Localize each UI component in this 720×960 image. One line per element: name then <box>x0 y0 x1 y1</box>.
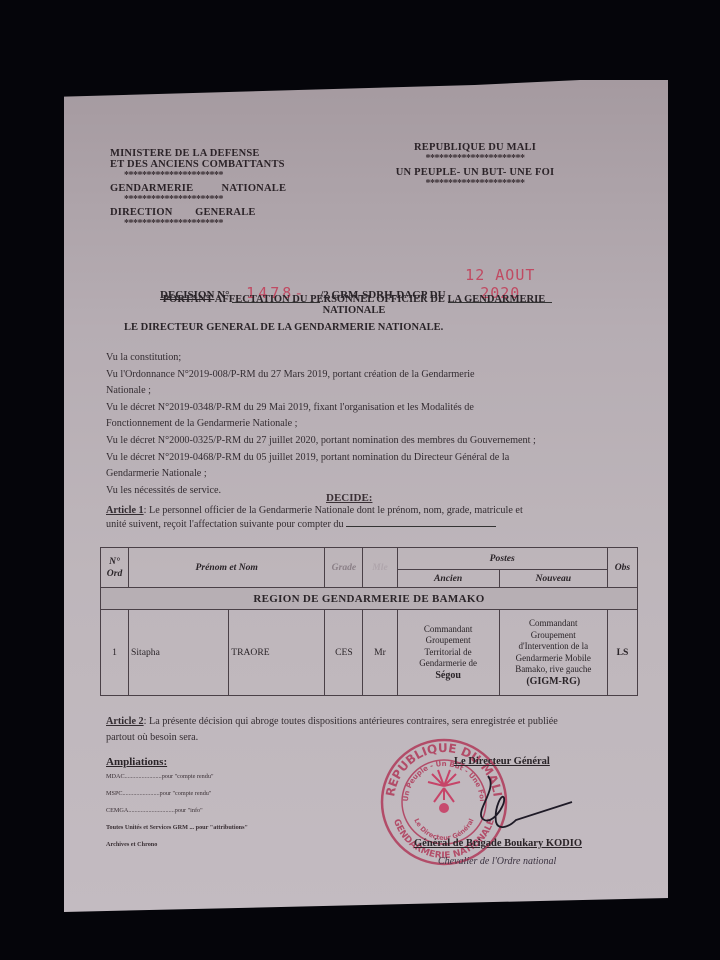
header-no-ord: N°Ord <box>101 548 129 588</box>
ampliation-item: Archives et Chrono <box>106 836 248 853</box>
title-line2: NATIONALE <box>104 305 604 316</box>
cell-prenom: Sitapha <box>129 610 229 696</box>
ampliation-item: CEMGA..............................pour … <box>106 802 248 819</box>
article-2: Article 2: La présente décision qui abro… <box>106 714 646 746</box>
article-2-label: Article 2 <box>106 716 144 727</box>
visa-line: Vu le décret N°2019-0468/P-RM du 05 juil… <box>106 450 626 467</box>
article-1-label: Article 1 <box>106 505 144 516</box>
direction-label: DIRECTION GENERALE <box>110 207 290 218</box>
stars-divider: ********************** <box>390 153 560 164</box>
republic-name: REPUBLIQUE DU MALI <box>390 142 560 153</box>
visa-line: Vu l'Ordonnance N°2019-008/P-RM du 27 Ma… <box>106 367 626 384</box>
article-2-text-cont: partout où besoin sera. <box>106 730 646 746</box>
article-2-text: : La présente décision qui abroge toutes… <box>144 716 558 727</box>
cell-nouveau: Commandant Groupement d'Intervention de … <box>499 610 607 696</box>
visa-line: Gendarmerie Nationale ; <box>106 466 626 483</box>
article-1-text: : Le personnel officier de la Gendarmeri… <box>144 505 523 516</box>
cell-ancien: Commandant Groupement Territorial de Gen… <box>397 610 499 696</box>
article-1: Article 1: Le personnel officier de la G… <box>106 504 636 532</box>
table-row: 1 Sitapha TRAORE CES Mr Commandant Group… <box>101 610 638 696</box>
header-obs: Obs <box>607 548 637 588</box>
article-1-text-cont: unité suivent, reçoit l'affectation suiv… <box>106 519 344 530</box>
republic-header: REPUBLIQUE DU MALI *********************… <box>390 142 560 189</box>
header-name: Prénom et Nom <box>129 548 325 588</box>
visa-line: Fonctionnement de la Gendarmerie Nationa… <box>106 416 626 433</box>
ministry-line2: ET DES ANCIENS COMBATTANTS <box>110 159 290 170</box>
header-grade: Grade <box>325 548 363 588</box>
signatory-honor: Chevalier de l'Ordre national <box>438 856 556 867</box>
region-row: REGION DE GENDARMERIE DE BAMAKO <box>101 588 638 610</box>
ampliation-item: MSPC........................pour "compte… <box>106 785 248 802</box>
visa-line: Vu le décret N°2000-0325/P-RM du 27 juil… <box>106 433 626 450</box>
national-motto: UN PEUPLE- UN BUT- UNE FOI <box>390 167 560 178</box>
director-title: LE DIRECTEUR GENERAL DE LA GENDARMERIE N… <box>124 322 443 333</box>
handwritten-signature-icon <box>468 768 578 838</box>
header-postes: Postes <box>397 548 607 570</box>
signatory-name: Général de Brigade Boukary KODIO <box>414 838 582 849</box>
ampliation-item: MDAC........................pour "compte… <box>106 768 248 785</box>
cell-grade: CES <box>325 610 363 696</box>
visa-line: Nationale ; <box>106 383 626 400</box>
header-ancien: Ancien <box>397 570 499 588</box>
signatory-role: Le Directeur Général <box>454 756 550 767</box>
visa-line: Vu la constitution; <box>106 350 626 367</box>
ampliations: Ampliations: MDAC.......................… <box>106 756 248 853</box>
decide-heading: DECIDE: <box>326 492 372 504</box>
gendarmerie-label: GENDARMERIE NATIONALE <box>110 183 290 194</box>
effective-date-blank <box>346 526 496 527</box>
header-nouveau: Nouveau <box>499 570 607 588</box>
visas-list: Vu la constitution; Vu l'Ordonnance N°20… <box>106 350 626 499</box>
stars-divider: ********************** <box>390 178 560 189</box>
ministry-header: MINISTERE DE LA DEFENSE ET DES ANCIENS C… <box>110 148 290 229</box>
assignment-table: N°Ord Prénom et Nom Grade Mle Postes Obs… <box>100 547 638 696</box>
header-mle: Mle <box>363 548 397 588</box>
stars-divider: ********************** <box>110 218 290 229</box>
document-page: MINISTERE DE LA DEFENSE ET DES ANCIENS C… <box>64 80 668 912</box>
visa-line: Vu le décret N°2019-0348/P-RM du 29 Mai … <box>106 400 626 417</box>
title-line1: PORTANT AFFECTATION DU PERSONNEL OFFICIE… <box>104 294 604 305</box>
ampliations-title: Ampliations: <box>106 756 248 768</box>
ampliation-item: Toutes Unités et Services GRM ... pour "… <box>106 819 248 836</box>
cell-mle: Mr <box>363 610 397 696</box>
ministry-line1: MINISTERE DE LA DEFENSE <box>110 148 290 159</box>
stars-divider: ********************** <box>110 194 290 205</box>
cell-no: 1 <box>101 610 129 696</box>
cell-obs: LS <box>607 610 637 696</box>
stars-divider: ********************** <box>110 170 290 181</box>
decision-title: PORTANT AFFECTATION DU PERSONNEL OFFICIE… <box>104 294 604 316</box>
cell-nom: TRAORE <box>229 610 325 696</box>
